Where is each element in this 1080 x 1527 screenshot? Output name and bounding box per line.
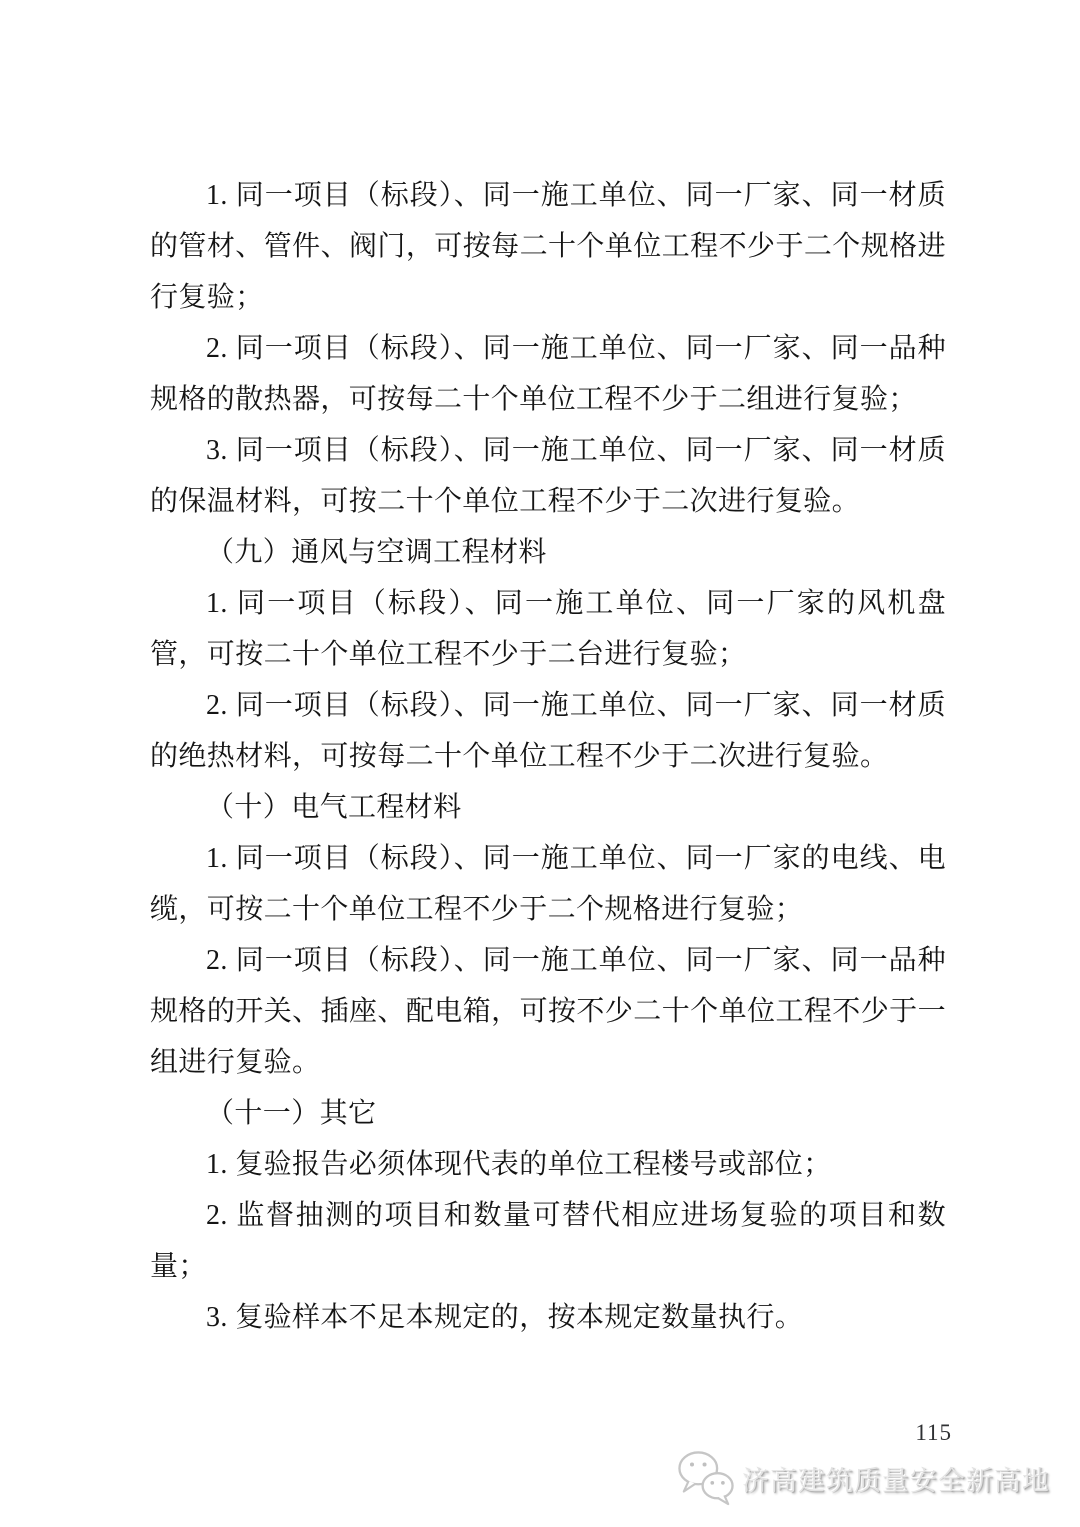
document-body: 1. 同一项目（标段）、同一施工单位、同一厂家、同一材质的管材、管件、阀门，可按… xyxy=(150,170,946,1343)
watermark-text: 济高建筑质量安全新高地 xyxy=(742,1459,1050,1498)
doc-section-heading: （九）通风与空调工程材料 xyxy=(150,527,946,578)
document-page: 1. 同一项目（标段）、同一施工单位、同一厂家、同一材质的管材、管件、阀门，可按… xyxy=(0,0,1080,1527)
doc-paragraph: 2. 同一项目（标段）、同一施工单位、同一厂家、同一品种规格的散热器，可按每二十… xyxy=(150,323,946,425)
doc-paragraph: 2. 同一项目（标段）、同一施工单位、同一厂家、同一材质的绝热材料，可按每二十个… xyxy=(150,680,946,782)
doc-section-heading: （十一）其它 xyxy=(150,1088,946,1139)
page-number: 115 xyxy=(915,1420,952,1446)
doc-section-heading: （十）电气工程材料 xyxy=(150,782,946,833)
doc-paragraph: 2. 监督抽测的项目和数量可替代相应进场复验的项目和数量； xyxy=(150,1190,946,1292)
doc-paragraph: 1. 同一项目（标段）、同一施工单位、同一厂家的电线、电缆，可按二十个单位工程不… xyxy=(150,833,946,935)
wechat-icon xyxy=(677,1450,735,1506)
watermark: 济高建筑质量安全新高地 xyxy=(677,1450,1050,1506)
doc-paragraph: 3. 同一项目（标段）、同一施工单位、同一厂家、同一材质的保温材料，可按二十个单… xyxy=(150,425,946,527)
doc-paragraph: 2. 同一项目（标段）、同一施工单位、同一厂家、同一品种规格的开关、插座、配电箱… xyxy=(150,935,946,1088)
doc-paragraph: 1. 同一项目（标段）、同一施工单位、同一厂家、同一材质的管材、管件、阀门，可按… xyxy=(150,170,946,323)
doc-paragraph: 1. 同一项目（标段）、同一施工单位、同一厂家的风机盘管，可按二十个单位工程不少… xyxy=(150,578,946,680)
doc-paragraph: 3. 复验样本不足本规定的，按本规定数量执行。 xyxy=(150,1292,946,1343)
doc-paragraph: 1. 复验报告必须体现代表的单位工程楼号或部位； xyxy=(150,1139,946,1190)
